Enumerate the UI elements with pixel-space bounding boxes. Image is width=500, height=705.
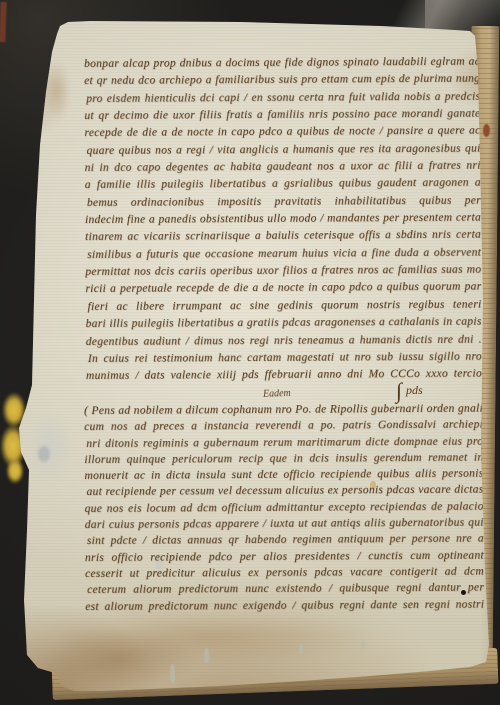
repair-patch: [28, 410, 72, 484]
paper-fleck: [361, 640, 365, 650]
manuscript-line: bari illis puilegiis libertatibus a grat…: [86, 314, 482, 334]
manuscript-line: a familie illis puilegiis libertatibus a…: [85, 175, 481, 195]
manuscript-line: ricii a perpetuale recepde de die a de n…: [85, 279, 481, 299]
bottom-stain-band: [60, 612, 390, 664]
repair-smudge: [38, 446, 50, 462]
fore-edge-red-mark: [483, 124, 490, 137]
interline-mark-text: pds: [406, 383, 423, 397]
flourish-mark: ∫: [396, 378, 406, 403]
manuscript-line: et qr nedu dco archiepo a familiaribus s…: [84, 71, 480, 91]
manuscript-line: ceterum aliorum predictorum nunc existen…: [87, 580, 484, 599]
manuscript-line: cum nos ad preces a instancia reverendi …: [84, 417, 483, 436]
paper-fleck: [299, 643, 303, 655]
left-edge-repair-stain: [6, 458, 24, 484]
text-block-upper: bonpar alcap prop dnibus a docims que fi…: [84, 54, 482, 386]
manuscript-line: recepde de die a de nocte in capo pdco a…: [84, 123, 480, 143]
interline-note: Eadem: [263, 387, 313, 400]
manuscript-line: degentibus audiunt / dimus nos regi nris…: [86, 331, 482, 351]
binding-sliver: [0, 2, 7, 42]
paper-fleck: [170, 664, 175, 684]
manuscript-line: sint pdcte / dictas annuas qr habendo re…: [87, 531, 484, 550]
text-block-lower: ( Pens ad nobilem a dilcum cophanum nro …: [84, 401, 484, 615]
top-left-edge-stain: [44, 60, 70, 120]
paper-fleck: [204, 648, 209, 663]
manuscript-page: bonpar alcap prop dnibus a docims que fi…: [0, 0, 500, 705]
manuscript-photograph: bonpar alcap prop dnibus a docims que fi…: [0, 0, 500, 705]
manuscript-line: tinarem ac vicariis scrinariisque a baiu…: [85, 227, 481, 247]
manuscript-line: est aliorum predictorum nunc exigendo / …: [85, 596, 484, 615]
